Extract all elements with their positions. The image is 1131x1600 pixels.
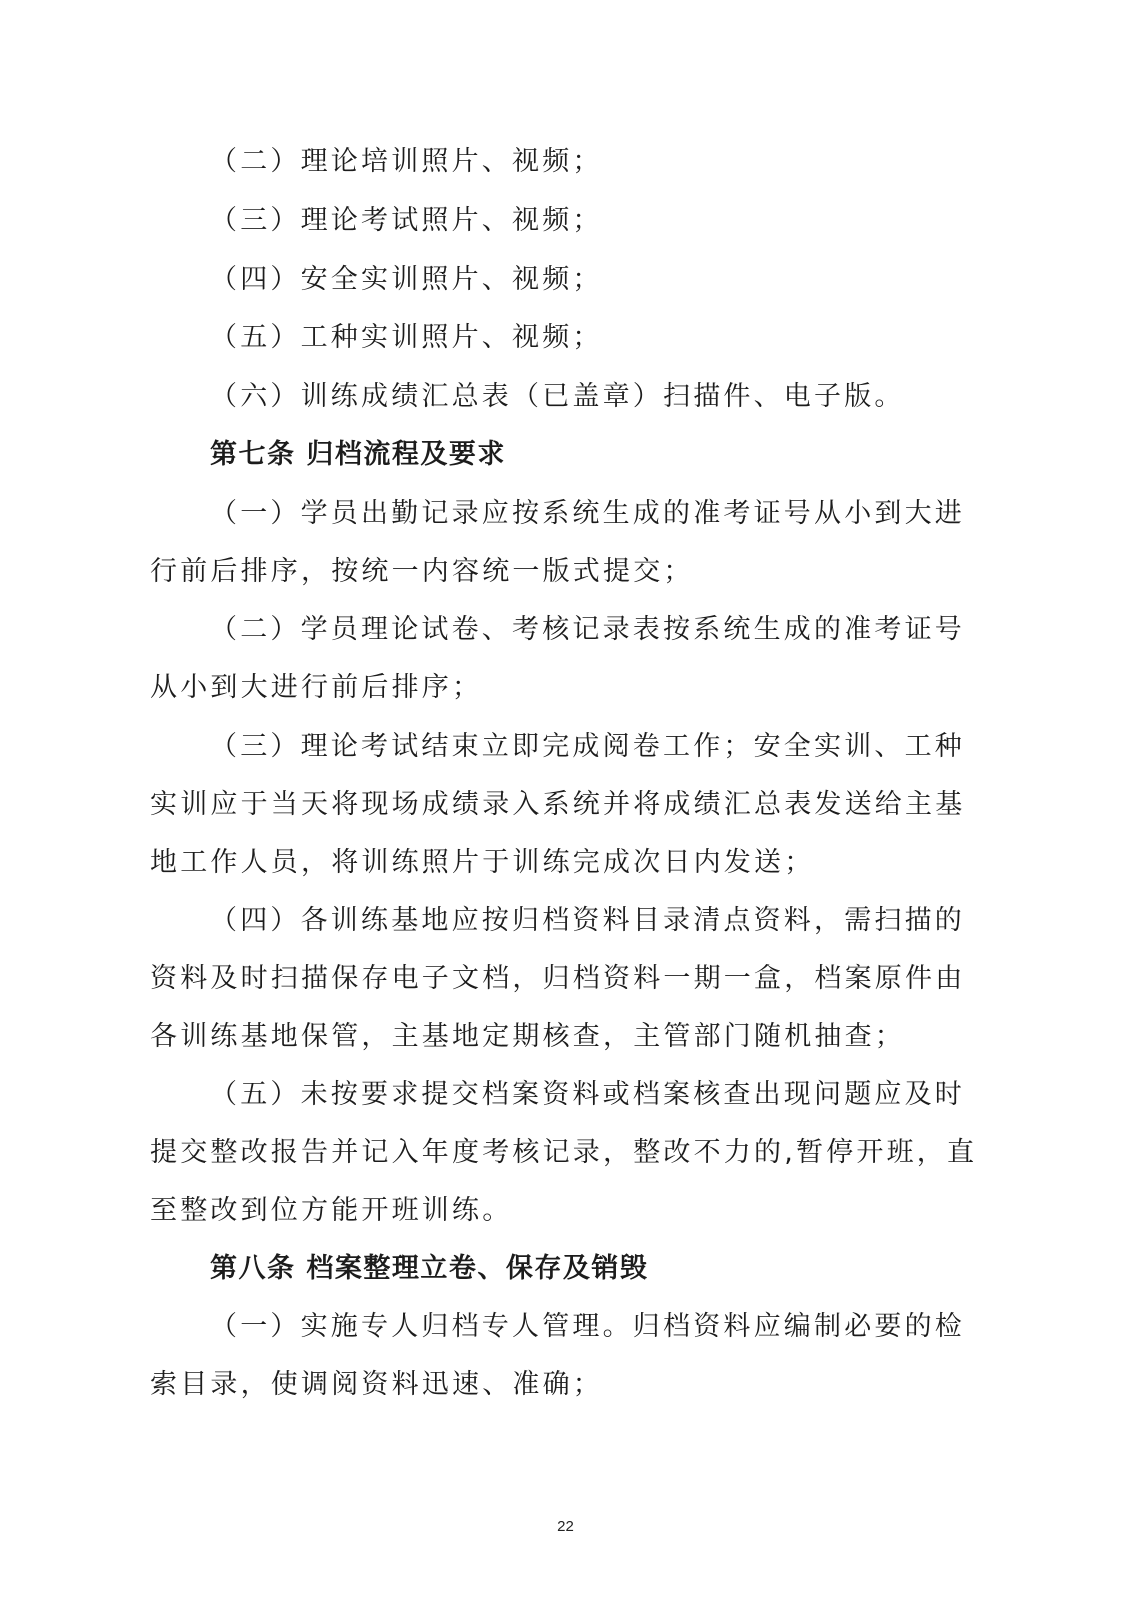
article-7-item-4-line-2: 资料及时扫描保存电子文档，归档资料一期一盒，档案原件由 (150, 959, 965, 999)
article-7-item-2-line-2: 从小到大进行前后排序； (150, 668, 482, 708)
list-item-4-safety-training-photos: （四）安全实训照片、视频； (210, 260, 603, 300)
article-7-item-1-line-2: 行前后排序，按统一内容统一版式提交； (150, 552, 694, 592)
page-number: 22 (0, 1518, 1131, 1535)
article-8-heading: 第八条 档案整理立卷、保存及销毁 (210, 1249, 648, 1289)
list-item-3-theory-exam-photos: （三）理论考试照片、视频； (210, 201, 603, 241)
document-page: （二）理论培训照片、视频； （三）理论考试照片、视频； （四）安全实训照片、视频… (0, 0, 1131, 1600)
list-item-5-trade-training-photos: （五）工种实训照片、视频； (210, 318, 603, 358)
article-7-item-3-line-3: 地工作人员，将训练照片于训练完成次日内发送； (150, 843, 814, 883)
article-7-item-5-line-2: 提交整改报告并记入年度考核记录，整改不力的,暂停开班，直 (150, 1133, 977, 1173)
list-item-2-theory-training-photos: （二）理论培训照片、视频； (210, 142, 603, 182)
article-7-item-4-line-1: （四）各训练基地应按归档资料目录清点资料，需扫描的 (210, 901, 965, 941)
article-7-item-4-line-3: 各训练基地保管，主基地定期核查，主管部门随机抽查； (150, 1017, 905, 1057)
article-7-item-2-line-1: （二）学员理论试卷、考核记录表按系统生成的准考证号 (210, 610, 965, 650)
article-8-item-1-line-1: （一）实施专人归档专人管理。归档资料应编制必要的检 (210, 1307, 965, 1347)
article-7-heading: 第七条 归档流程及要求 (210, 435, 506, 475)
article-7-item-1-line-1: （一）学员出勤记录应按系统生成的准考证号从小到大进 (210, 494, 965, 534)
list-item-6-score-summary: （六）训练成绩汇总表（已盖章）扫描件、电子版。 (210, 377, 905, 417)
article-7-item-3-line-2: 实训应于当天将现场成绩录入系统并将成绩汇总表发送给主基 (150, 785, 965, 825)
article-7-item-5-line-1: （五）未按要求提交档案资料或档案核查出现问题应及时 (210, 1075, 965, 1115)
article-8-item-1-line-2: 索目录，使调阅资料迅速、准确； (150, 1365, 603, 1405)
article-7-item-5-line-3: 至整改到位方能开班训练。 (150, 1191, 512, 1231)
article-7-item-3-line-1: （三）理论考试结束立即完成阅卷工作；安全实训、工种 (210, 727, 965, 767)
